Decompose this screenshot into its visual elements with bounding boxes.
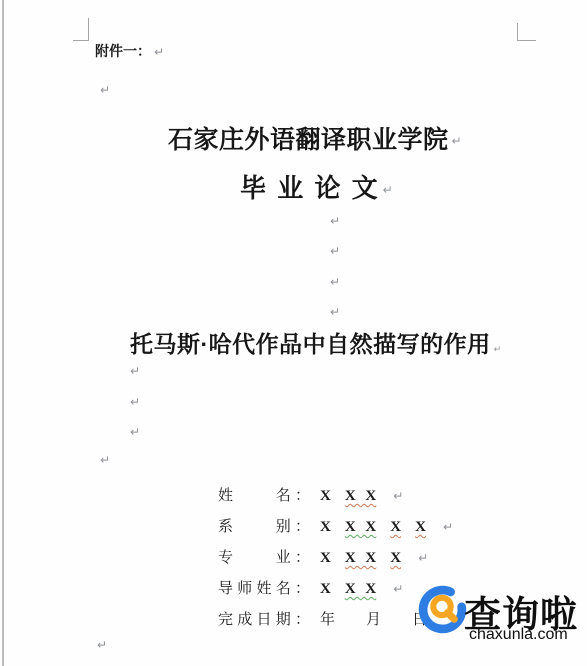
paragraph-mark-icon: ↵	[383, 183, 395, 197]
paragraph-mark-icon: ↵	[130, 426, 140, 438]
field-value: X X	[345, 581, 376, 597]
paragraph-mark-icon: ↵	[494, 345, 502, 355]
field-value: X	[320, 519, 331, 535]
doc-type-text: 毕 业 论 文	[240, 173, 380, 203]
thesis-title: 托马斯·哈代作品中自然描写的作用↵	[130, 326, 502, 359]
row-label: 系 别：	[218, 512, 310, 543]
thesis-title-text: 托马斯·哈代作品中自然描写的作用	[130, 331, 491, 357]
row-values: XX X↵	[320, 488, 403, 504]
row-label: 姓 名：	[218, 481, 310, 512]
margin-crop-mark-top-left	[73, 18, 89, 41]
row-label: 专 业：	[218, 543, 310, 574]
field-value: X	[415, 519, 426, 535]
form-row: 系 别：XX XXX↵	[218, 512, 458, 543]
field-value: 年	[320, 612, 335, 628]
page-left-edge	[2, 0, 4, 666]
paragraph-mark-icon: ↵	[100, 84, 110, 96]
field-value: X	[320, 550, 331, 566]
field-value: X X	[345, 519, 376, 535]
paragraph-mark-icon: ↵	[154, 45, 164, 59]
field-value: X	[390, 519, 401, 535]
school-name-text: 石家庄外语翻译职业学院	[168, 126, 449, 154]
margin-crop-mark-top-right	[517, 23, 536, 41]
field-value: X	[320, 488, 331, 504]
paragraph-mark-icon: ↵	[443, 520, 453, 534]
watermark-logo: 查询啦 chaxunla.com	[418, 583, 587, 663]
row-label: 完成日期：	[218, 605, 310, 636]
field-value: X X	[345, 550, 376, 566]
row-values: XX XX↵	[320, 550, 428, 566]
attachment-label: 附件一：↵	[95, 41, 164, 61]
paragraph-mark-icon: ↵	[100, 454, 110, 466]
attachment-label-text: 附件一：	[95, 45, 151, 60]
paragraph-mark-icon: ↵	[330, 245, 340, 257]
row-values: XX XXX↵	[320, 519, 453, 535]
paragraph-mark-icon: ↵	[393, 582, 403, 596]
paragraph-mark-icon: ↵	[393, 489, 403, 503]
paragraph-mark-icon: ↵	[330, 276, 340, 288]
field-value: X X	[345, 488, 376, 504]
row-values: XX X↵	[320, 581, 403, 597]
field-value: X	[390, 550, 401, 566]
magnifier-logo-icon	[418, 585, 467, 634]
paragraph-mark-icon: ↵	[452, 134, 463, 148]
doc-type-title: 毕 业 论 文↵	[240, 168, 395, 205]
field-value: 月	[366, 612, 381, 628]
form-row: 专 业：XX XX↵	[218, 543, 458, 574]
row-label: 导师姓名：	[218, 574, 310, 605]
paragraph-mark-icon: ↵	[330, 306, 340, 318]
paragraph-mark-icon: ↵	[130, 365, 140, 377]
field-value: X	[320, 581, 331, 597]
brand-domain: chaxunla.com	[469, 626, 568, 644]
form-row: 姓 名：XX X↵	[218, 481, 458, 512]
paragraph-mark-icon: ↵	[97, 639, 107, 651]
paragraph-mark-icon: ↵	[418, 551, 428, 565]
school-name-title: 石家庄外语翻译职业学院↵	[168, 120, 462, 156]
paragraph-mark-icon: ↵	[330, 215, 340, 227]
paragraph-mark-icon: ↵	[130, 396, 140, 408]
